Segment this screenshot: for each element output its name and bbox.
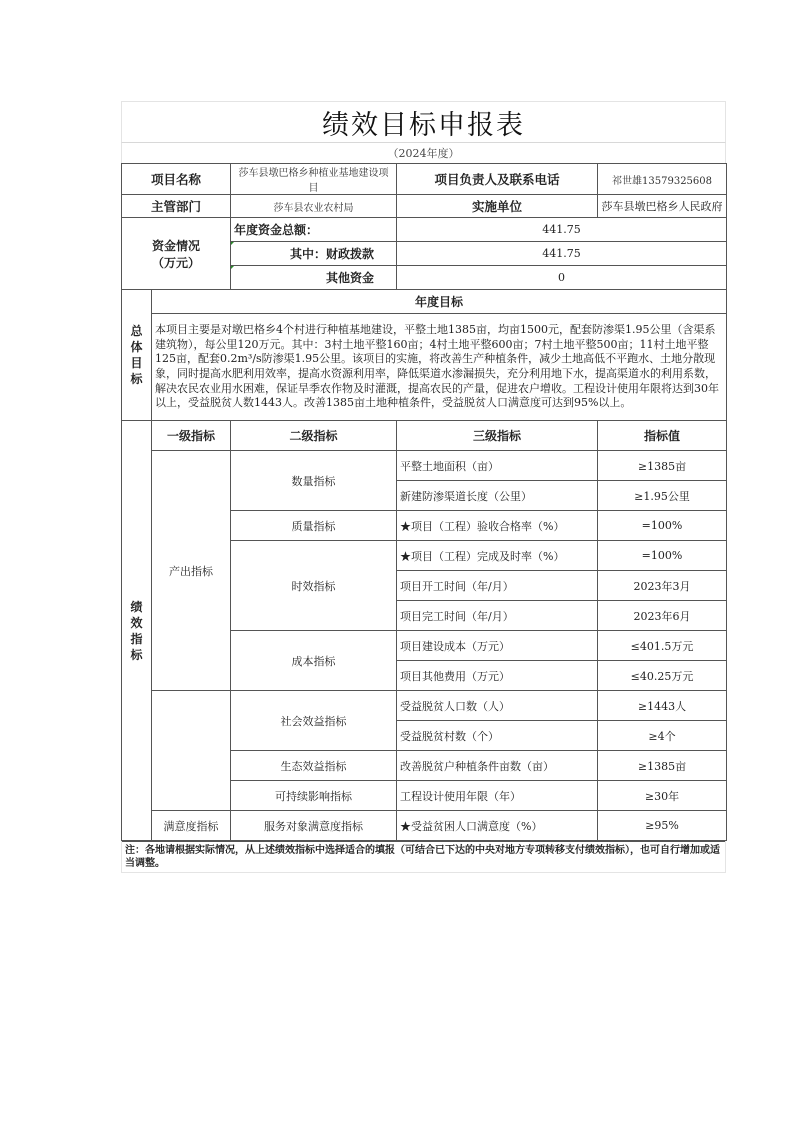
form-year: （2024年度） — [121, 143, 726, 163]
indicator-header-row: 绩 效 指 标 一级指标 二级指标 三级指标 指标值 — [122, 421, 727, 451]
impl-label: 实施单位 — [397, 195, 598, 218]
overall-goal-text-row: 本项目主要是对墩巴格乡4个村进行种植基地建设，平整土地1385亩，均亩1500元… — [122, 314, 727, 421]
side-char: 总 — [125, 323, 148, 339]
level3-name: ★项目（工程）完成及时率（%） — [397, 541, 598, 571]
indicator-value: ≥4个 — [598, 721, 727, 751]
funds-fiscal-value: 441.75 — [397, 242, 727, 266]
indicator-value: ≥1385亩 — [598, 451, 727, 481]
side-char: 绩 — [125, 599, 148, 615]
side-char: 指 — [125, 631, 148, 647]
side-char: 标 — [125, 371, 148, 387]
indicator-value: ≥95% — [598, 811, 727, 841]
project-name-row: 项目名称 莎车县墩巴格乡种植业基地建设项目 项目负责人及联系电话 祁世雄1357… — [122, 164, 727, 195]
level2-quality: 质量指标 — [231, 511, 397, 541]
side-char: 体 — [125, 339, 148, 355]
level1-output: 产出指标 — [152, 451, 231, 691]
indicator-value: 2023年6月 — [598, 601, 727, 631]
level3-name: 改善脱贫户种植条件亩数（亩） — [397, 751, 598, 781]
indicator-value: ≥1443人 — [598, 691, 727, 721]
footnote: 注：各地请根据实际情况，从上述绩效指标中选择适合的填报（可结合已下达的中央对地方… — [122, 841, 725, 872]
funds-fiscal-label: 其中：财政拨款 — [231, 242, 397, 266]
level2-quantity: 数量指标 — [231, 451, 397, 511]
annual-goal-text: 本项目主要是对墩巴格乡4个村进行种植基地建设，平整土地1385亩，均亩1500元… — [152, 314, 727, 421]
indicator-value: ≥1.95公里 — [598, 481, 727, 511]
funds-label-line1: 资金情况 — [125, 237, 227, 254]
header-level1: 一级指标 — [152, 421, 231, 451]
project-name-value: 莎车县墩巴格乡种植业基地建设项目 — [231, 164, 397, 195]
level3-name: 工程设计使用年限（年） — [397, 781, 598, 811]
level3-name: 项目开工时间（年/月） — [397, 571, 598, 601]
level3-name: 项目其他费用（万元） — [397, 661, 598, 691]
level2-ecological: 生态效益指标 — [231, 751, 397, 781]
indicator-value: ≥1385亩 — [598, 751, 727, 781]
header-level3: 三级指标 — [397, 421, 598, 451]
funds-total-row: 资金情况 （万元） 年度资金总额： 441.75 — [122, 218, 727, 242]
dept-label: 主管部门 — [122, 195, 231, 218]
side-char: 目 — [125, 355, 148, 371]
overall-goal-side-label: 总 体 目 标 — [122, 290, 152, 421]
overall-goal-header-row: 总 体 目 标 年度目标 — [122, 290, 727, 314]
header-level2: 二级指标 — [231, 421, 397, 451]
level3-name: 新建防渗渠道长度（公里） — [397, 481, 598, 511]
level2-cost: 成本指标 — [231, 631, 397, 691]
table-row: 满意度指标 服务对象满意度指标 ★受益贫困人口满意度（%） ≥95% — [122, 811, 727, 841]
side-char: 效 — [125, 615, 148, 631]
indicator-value: =100% — [598, 511, 727, 541]
level2-service-satisfaction: 服务对象满意度指标 — [231, 811, 397, 841]
level1-benefit — [152, 691, 231, 811]
owner-value: 祁世雄13579325608 — [598, 164, 727, 195]
dept-value: 莎车县农业农村局 — [231, 195, 397, 218]
level3-name: 项目完工时间（年/月） — [397, 601, 598, 631]
level2-timeliness: 时效指标 — [231, 541, 397, 631]
performance-goal-form: 绩效目标申报表 （2024年度） 项目名称 莎车县墩巴格乡种植业基地建设项目 项… — [121, 101, 726, 873]
funds-label: 资金情况 （万元） — [122, 218, 231, 290]
indicator-value: ≥30年 — [598, 781, 727, 811]
level3-name: 受益脱贫村数（个） — [397, 721, 598, 751]
funds-other-value: 0 — [397, 266, 727, 290]
level1-satisfaction: 满意度指标 — [152, 811, 231, 841]
level3-name: 平整土地面积（亩） — [397, 451, 598, 481]
impl-value: 莎车县墩巴格乡人民政府 — [598, 195, 727, 218]
funds-other-label: 其他资金 — [231, 266, 397, 290]
owner-label: 项目负责人及联系电话 — [397, 164, 598, 195]
indicator-value: =100% — [598, 541, 727, 571]
level2-social: 社会效益指标 — [231, 691, 397, 751]
funds-total-label: 年度资金总额： — [231, 218, 397, 242]
table-row: 社会效益指标 受益脱贫人口数（人） ≥1443人 — [122, 691, 727, 721]
annual-goal-header: 年度目标 — [152, 290, 727, 314]
header-value: 指标值 — [598, 421, 727, 451]
level2-sustainable: 可持续影响指标 — [231, 781, 397, 811]
form-table: 项目名称 莎车县墩巴格乡种植业基地建设项目 项目负责人及联系电话 祁世雄1357… — [121, 163, 727, 841]
project-name-label: 项目名称 — [122, 164, 231, 195]
level3-name: ★项目（工程）验收合格率（%） — [397, 511, 598, 541]
side-char: 标 — [125, 647, 148, 663]
note-area: 注：各地请根据实际情况，从上述绩效指标中选择适合的填报（可结合已下达的中央对地方… — [121, 841, 726, 873]
level3-name: 项目建设成本（万元） — [397, 631, 598, 661]
level3-name: ★受益贫困人口满意度（%） — [397, 811, 598, 841]
indicator-side-label: 绩 效 指 标 — [122, 421, 152, 841]
dept-row: 主管部门 莎车县农业农村局 实施单位 莎车县墩巴格乡人民政府 — [122, 195, 727, 218]
table-row: 产出指标 数量指标 平整土地面积（亩） ≥1385亩 — [122, 451, 727, 481]
indicator-value: 2023年3月 — [598, 571, 727, 601]
indicator-value: ≤40.25万元 — [598, 661, 727, 691]
form-title: 绩效目标申报表 — [121, 101, 726, 143]
level3-name: 受益脱贫人口数（人） — [397, 691, 598, 721]
indicator-value: ≤401.5万元 — [598, 631, 727, 661]
funds-total-value: 441.75 — [397, 218, 727, 242]
funds-label-line2: （万元） — [125, 254, 227, 271]
